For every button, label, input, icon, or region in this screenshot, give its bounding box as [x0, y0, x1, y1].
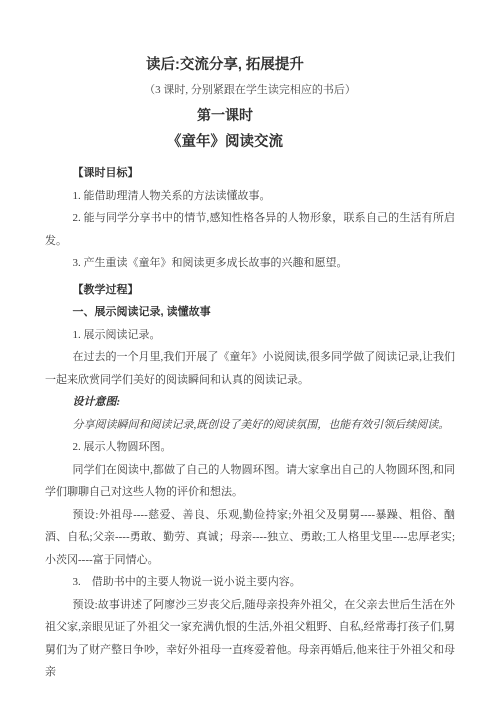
step3-label: 3. 借助书中的主要人物说一说小说主要内容。 [45, 571, 455, 594]
goal-item-2: 2. 能与同学分享书中的情节,感知性格各异的人物形象，联系自己的生活有所启发。 [45, 207, 455, 252]
process-section1-heading: 一、展示阅读记录, 读懂故事 [45, 301, 455, 324]
step2-text: 同学们在阅读中,都做了自己的人物圆环图。请大家拿出自己的人物圆环图,和同学们聊聊… [45, 459, 455, 504]
goal-item-3: 3. 产生重读《童年》和阅读更多成长故事的兴趣和愿望。 [45, 252, 455, 275]
step2-preset: 预设:外祖母----慈爱、善良、乐观,勤俭持家;外祖父及舅舅----暴躁、粗俗、… [45, 504, 455, 572]
step2-label: 2. 展示人物圆环图。 [45, 436, 455, 459]
doc-subtitle: （3 课时, 分别紧跟在学生读完相应的书后） [45, 78, 455, 102]
step3-preset: 预设:故事讲述了阿廖沙三岁丧父后,随母亲投奔外祖父，在父亲去世后生活在外祖父家,… [45, 594, 455, 684]
goals-heading: 【课时目标】 [45, 162, 455, 185]
design-intent-heading: 设计意图: [45, 391, 455, 414]
doc-title: 读后:交流分享, 拓展提升 [45, 52, 455, 78]
step1-text: 在过去的一个月里,我们开展了《童年》小说阅读,很多同学做了阅读记录,让我们一起来… [45, 346, 455, 391]
document-page: 读后:交流分享, 拓展提升 （3 课时, 分别紧跟在学生读完相应的书后） 第一课… [0, 0, 500, 707]
step1-label: 1. 展示阅读记录。 [45, 324, 455, 347]
process-heading: 【教学过程】 [45, 279, 455, 302]
lesson-heading: 《童年》阅读交流 [45, 128, 455, 156]
document-content: 读后:交流分享, 拓展提升 （3 课时, 分别紧跟在学生读完相应的书后） 第一课… [45, 52, 455, 684]
design-intent-text: 分享阅读瞬间和阅读记录,既创设了美好的阅读氛围，也能有效引领后续阅读。 [45, 414, 455, 437]
goal-item-1: 1. 能借助理清人物关系的方法读懂故事。 [45, 185, 455, 208]
session-heading: 第一课时 [45, 102, 455, 128]
